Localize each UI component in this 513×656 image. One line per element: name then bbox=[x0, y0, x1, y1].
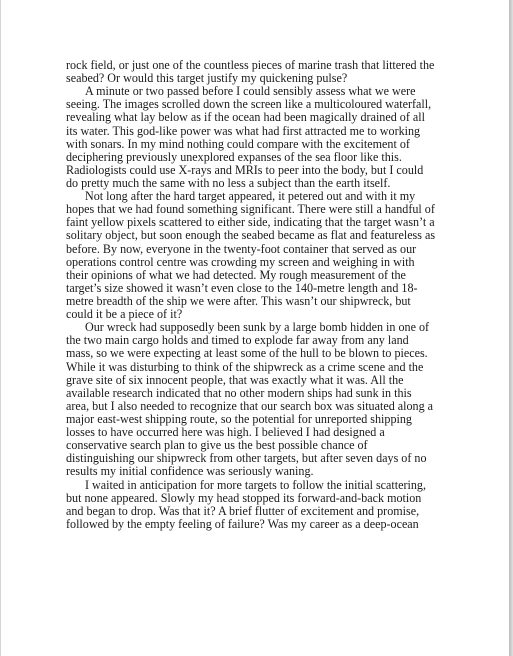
text-line: operations control centre was crowding m… bbox=[66, 256, 461, 269]
text-line: their opinions of what we had detected. … bbox=[66, 269, 461, 282]
text-line: its water. This god-like power was what … bbox=[66, 125, 461, 138]
text-line: followed by the empty feeling of failure… bbox=[66, 518, 461, 531]
text-line: area, but I also needed to recognize tha… bbox=[66, 400, 461, 413]
text-line: before. By now, everyone in the twenty-f… bbox=[66, 243, 461, 256]
text-line: solitary object, but soon enough the sea… bbox=[66, 229, 461, 242]
text-line: but none appeared. Slowly my head stoppe… bbox=[66, 492, 461, 505]
text-line: results my initial confidence was seriou… bbox=[66, 465, 461, 478]
text-line: deciphering previously unexplored expans… bbox=[66, 151, 461, 164]
text-line: While it was disturbing to think of the … bbox=[66, 361, 461, 374]
text-line: revealing what lay below as if the ocean… bbox=[66, 111, 461, 124]
body-text: rock field, or just one of the countless… bbox=[66, 59, 461, 531]
text-line: and began to drop. Was that it? A brief … bbox=[66, 505, 461, 518]
paragraph-first-line: I waited in anticipation for more target… bbox=[66, 479, 461, 492]
text-line: available research indicated that no oth… bbox=[66, 387, 461, 400]
text-line: with sonars. In my mind nothing could co… bbox=[66, 138, 461, 151]
document-page: rock field, or just one of the countless… bbox=[0, 0, 509, 656]
text-line: grave site of six innocent people, that … bbox=[66, 374, 461, 387]
text-line: target’s size showed it wasn’t even clos… bbox=[66, 282, 461, 295]
text-line: mass, so we were expecting at least some… bbox=[66, 347, 461, 360]
page-edge-shadow bbox=[509, 0, 513, 656]
